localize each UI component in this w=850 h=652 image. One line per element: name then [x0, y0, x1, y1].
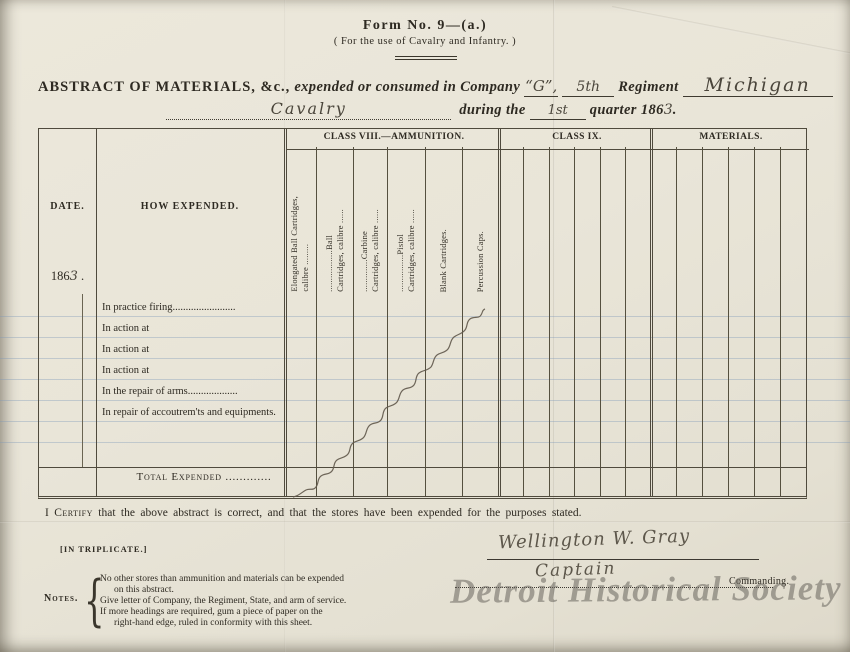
- section-materials: MATERIALS.: [650, 129, 809, 496]
- grid-line: [574, 147, 575, 496]
- note-line: right-hand edge, ruled in conformity wit…: [114, 618, 312, 628]
- grid-line: [523, 147, 524, 496]
- watermark: Detroit Historical Society: [450, 568, 842, 611]
- quarter-number-handwritten: 1st: [548, 103, 568, 118]
- table-row: In action at: [102, 365, 292, 376]
- note-line: on this abstract.: [114, 585, 174, 595]
- rotated-label-line: ..............Carbine: [359, 209, 370, 292]
- abstract-table: DATE. 1863 . HOW EXPENDED. CLASS VIII.—A…: [38, 128, 807, 499]
- date-year-printed: 186: [51, 269, 70, 283]
- note-line: If more headings are required, gum a pie…: [100, 607, 323, 617]
- ammo-column-header-percussion-caps: Percussion Caps.: [462, 149, 498, 294]
- section-class-viii-title: CLASS VIII.—AMMUNITION.: [287, 129, 501, 150]
- how-expended-header: HOW EXPENDED.: [96, 201, 284, 212]
- table-row: In action at: [102, 323, 292, 334]
- regiment-number-handwritten: 5th: [576, 79, 600, 95]
- grid-line: [600, 147, 601, 496]
- date-year-dot: .: [78, 269, 84, 283]
- title-during: during the: [459, 102, 525, 119]
- date-subcolumn-line: [82, 294, 83, 467]
- cert-certify-word: Certify: [54, 507, 93, 519]
- rotated-label-line: ..................Ball: [324, 209, 335, 292]
- title-year-digit-handwritten: 3: [664, 102, 673, 118]
- table-row: In practice firing......................…: [102, 302, 292, 313]
- table-row: In action at: [102, 344, 292, 355]
- title-expended: expended or consumed in Company: [294, 79, 520, 96]
- form-title-line2: Cavalry during the 1st quarter 1863.: [38, 99, 805, 120]
- note-line: No other stores than ammunition and mate…: [100, 574, 344, 584]
- title-quarter-word: quarter 186: [590, 102, 664, 119]
- rotated-label-line: Cartridges, calibre ......: [335, 209, 346, 292]
- note-line: Give letter of Company, the Regiment, St…: [100, 596, 346, 606]
- section-class-ix: CLASS IX.: [498, 129, 653, 496]
- notes-label: Notes.: [44, 593, 78, 604]
- total-expended-label: Total Expended .............: [109, 471, 299, 483]
- signature-name-handwritten: Wellington W. Gray: [498, 526, 691, 554]
- fold-crease-horizontal: [0, 521, 850, 523]
- arm-of-service-handwritten: Cavalry: [271, 99, 347, 118]
- rotated-label-line: Cartridges, calibre ......: [370, 209, 381, 292]
- grid-line: [702, 147, 703, 496]
- grid-line: [549, 147, 550, 496]
- grid-line: [625, 147, 626, 496]
- ammo-column-header-carbine: ..............CarbineCartridges, calibre…: [353, 149, 387, 294]
- form-title-line1: ABSTRACT OF MATERIALS, &c., expended or …: [38, 74, 850, 97]
- table-row: In the repair of arms...................: [102, 386, 292, 397]
- grid-line: [728, 147, 729, 496]
- cert-lead: I: [45, 507, 49, 519]
- rotated-label-line: Cartridges, calibre ......: [406, 209, 417, 292]
- date-column: DATE. 1863 .: [39, 129, 97, 496]
- grid-line: [676, 147, 677, 496]
- ammo-column-header-pistol: ................PistolCartridges, calibr…: [387, 149, 425, 294]
- title-regiment-word: Regiment: [618, 79, 678, 96]
- table-row: In repair of accoutrem'ts and equipments…: [102, 407, 292, 418]
- rotated-label-line: Elongated Ball Cartridges,: [289, 196, 300, 292]
- signature-line: [487, 559, 759, 560]
- state-handwritten: Michigan: [705, 74, 811, 96]
- title-period: .: [673, 102, 677, 119]
- company-letter-handwritten: “G”,: [525, 77, 557, 95]
- rotated-label-line: Percussion Caps.: [475, 231, 486, 292]
- title-lead: ABSTRACT OF MATERIALS, &c.,: [38, 79, 290, 96]
- cert-rest: that the above abstract is correct, and …: [98, 507, 581, 519]
- rotated-label-line: ................Pistol: [395, 209, 406, 292]
- header-divider: [395, 56, 457, 60]
- ammo-column-header-elongated-ball: Elongated Ball Cartridges,calibre ......…: [284, 149, 316, 294]
- certification-statement: I Certify that the above abstract is cor…: [45, 507, 582, 519]
- total-row-divider: [39, 467, 806, 468]
- date-year: 1863 .: [39, 269, 96, 284]
- form-number: Form No. 9—(a.): [0, 18, 850, 34]
- date-column-header: DATE.: [39, 201, 96, 212]
- grid-line: [780, 147, 781, 496]
- rotated-label-line: calibre .........: [300, 196, 311, 292]
- rotated-label-line: Blank Cartridges.: [438, 229, 449, 292]
- grid-line: [754, 147, 755, 496]
- scanned-form-sheet: Form No. 9—(a.) ( For the use of Cavalry…: [0, 0, 850, 652]
- triplicate-note: [IN TRIPLICATE.]: [60, 544, 147, 554]
- date-year-digit-handwritten: 3: [70, 269, 78, 284]
- form-use-note: ( For the use of Cavalry and Infantry. ): [0, 36, 850, 47]
- ammo-column-header-blank-cartridges: Blank Cartridges.: [425, 149, 462, 294]
- ammo-column-header-ball: ..................BallCartridges, calibr…: [316, 149, 353, 294]
